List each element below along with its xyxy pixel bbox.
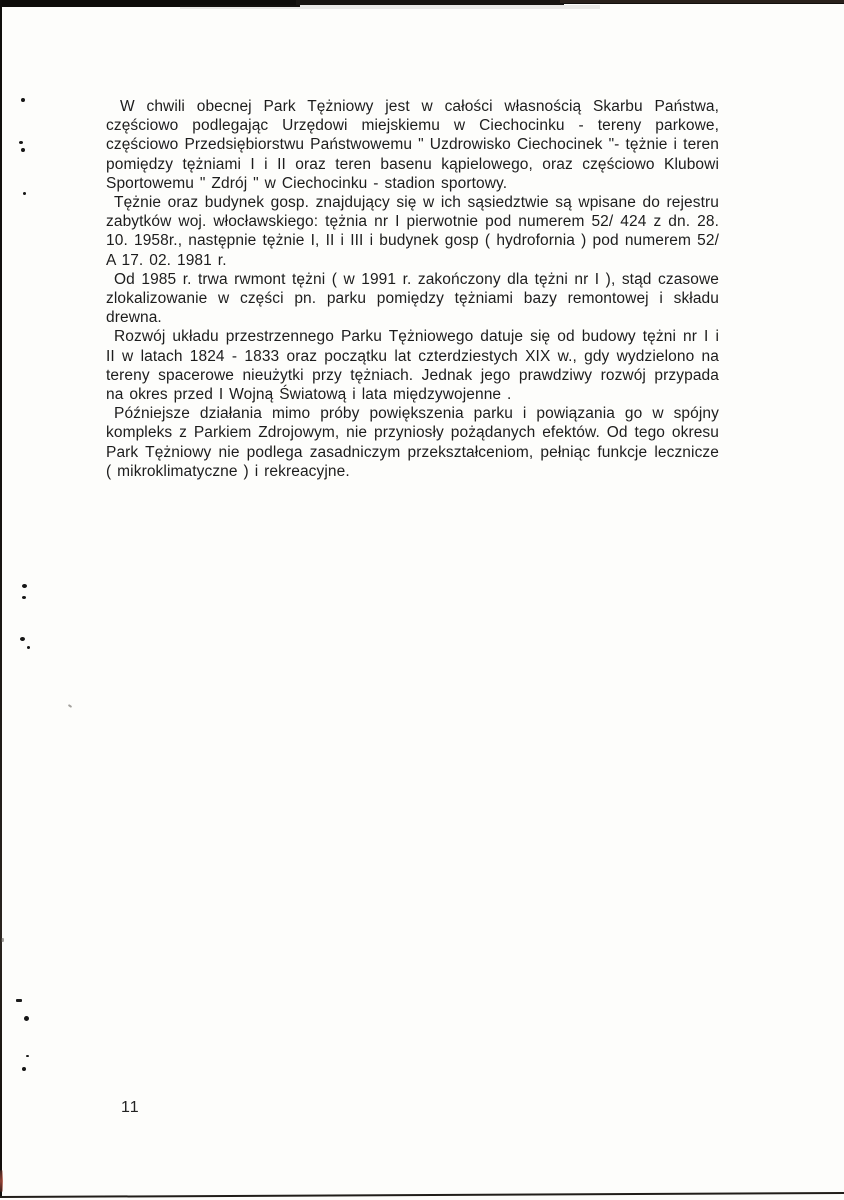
scan-speck [22, 596, 26, 599]
scan-speck [22, 1067, 26, 1071]
scan-top-edge-bar-right [560, 0, 844, 3]
scan-speck [24, 1016, 29, 1021]
scan-top-smudge [180, 5, 600, 9]
scan-left-edge-line [0, 0, 2, 1197]
scan-top-edge-bar-middle [296, 0, 564, 5]
scan-bottom-edge-line [0, 1192, 844, 1198]
scan-speck [19, 141, 23, 144]
scan-red-smudge [0, 1170, 3, 1192]
paragraph-ownership: W chwili obecnej Park Tężniowy jest w ca… [106, 97, 719, 193]
scan-speck [22, 584, 27, 588]
paragraph-heritage-register: Tężnie oraz budynek gosp. znajdujący się… [106, 193, 719, 270]
page-number: 11 [121, 1099, 140, 1117]
paragraph-later-actions: Późniejsze działania mimo próby powiększ… [106, 404, 719, 481]
scan-speck [20, 637, 25, 641]
scan-speck [26, 1055, 29, 1057]
scan-speck [68, 704, 72, 708]
scan-top-edge-bar-left [0, 0, 300, 7]
scan-speck [21, 98, 25, 102]
paragraph-renovation: Od 1985 r. trwa rwmont tężni ( w 1991 r.… [106, 270, 719, 328]
scan-speck [1, 938, 4, 942]
scan-speck [21, 148, 25, 152]
paragraph-spatial-history: Rozwój układu przestrzennego Parku Tężni… [106, 327, 719, 404]
scan-top-edge-bar [0, 0, 844, 4]
document-text-block: W chwili obecnej Park Tężniowy jest w ca… [106, 97, 719, 481]
scan-speck [16, 999, 22, 1002]
scan-speck [23, 192, 26, 195]
scan-speck [27, 646, 30, 649]
